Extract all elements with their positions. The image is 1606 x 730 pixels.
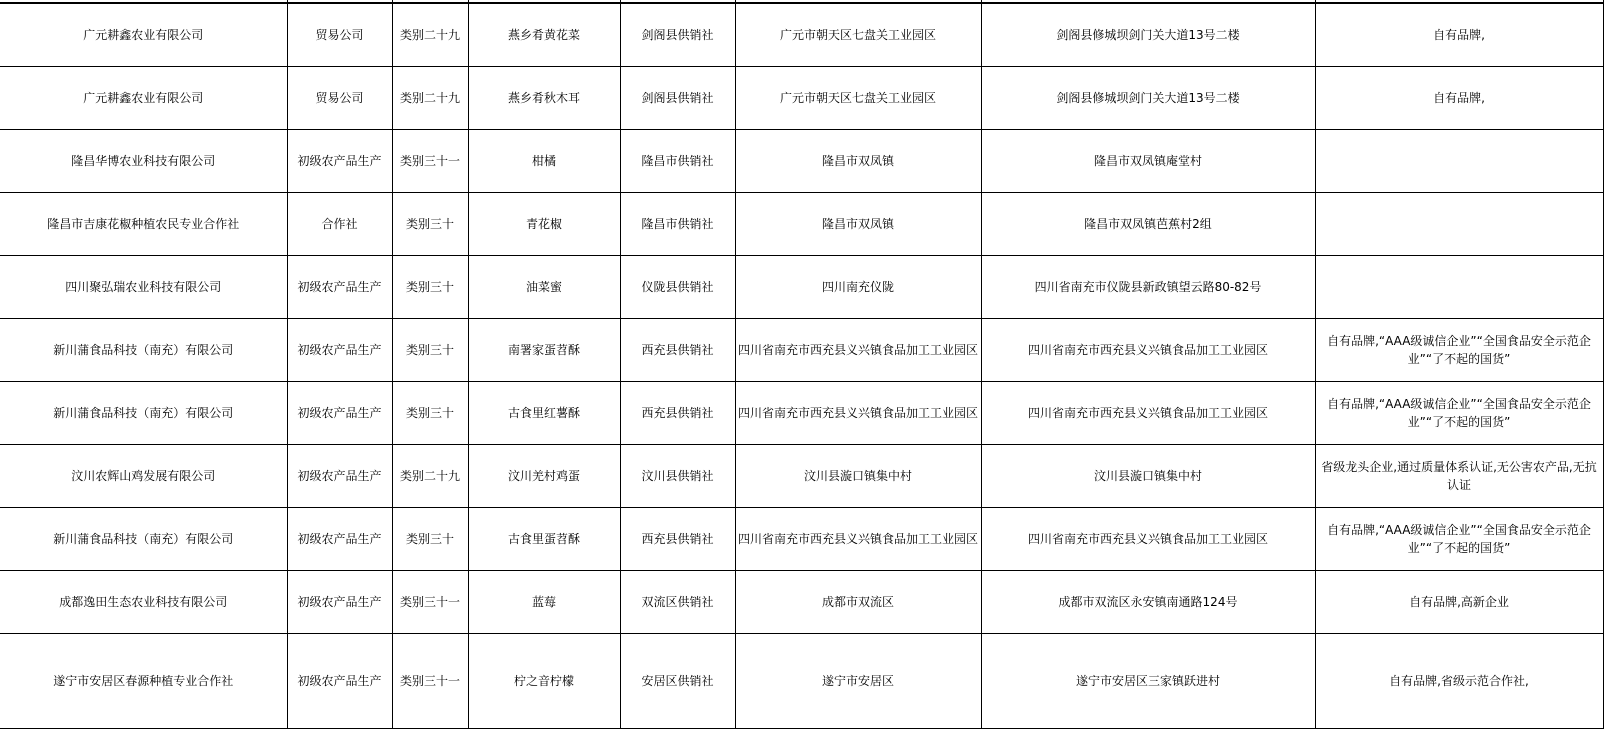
cell-brand: 自有品牌,“AAA级诚信企业”“全国食品安全示范企业”“了不起的国货” xyxy=(1315,318,1603,381)
cell-type: 初级农产品生产 xyxy=(287,129,392,192)
cell-address: 隆昌市双凤镇庵堂村 xyxy=(981,129,1315,192)
table-row: 成都逸田生态农业科技有限公司初级农产品生产类别三十一蓝莓双流区供销社成都市双流区… xyxy=(0,570,1603,633)
cell-brand: 自有品牌,省级示范合作社, xyxy=(1315,633,1603,728)
cell-region: 四川南充仪陇 xyxy=(735,255,981,318)
cell-product: 古食里红薯酥 xyxy=(468,381,620,444)
cell-address: 隆昌市双凤镇芭蕉村2组 xyxy=(981,192,1315,255)
cell-category: 类别三十 xyxy=(392,507,468,570)
table-row: 四川聚弘瑞农业科技有限公司初级农产品生产类别三十油菜蜜仪陇县供销社四川南充仪陇四… xyxy=(0,255,1603,318)
cell-category: 类别三十 xyxy=(392,381,468,444)
table-row: 新川蒲食品科技（南充）有限公司初级农产品生产类别三十古食里蛋苕酥西充县供销社四川… xyxy=(0,507,1603,570)
cell-type: 初级农产品生产 xyxy=(287,381,392,444)
cell-company: 广元耕鑫农业有限公司 xyxy=(0,66,287,129)
cell-region: 隆昌市双凤镇 xyxy=(735,192,981,255)
cell-address: 四川省南充市西充县义兴镇食品加工工业园区 xyxy=(981,318,1315,381)
cell-cooperative: 隆昌市供销社 xyxy=(620,192,735,255)
cell-product: 燕乡肴秋木耳 xyxy=(468,66,620,129)
cell-type: 合作社 xyxy=(287,192,392,255)
cell-company: 新川蒲食品科技（南充）有限公司 xyxy=(0,507,287,570)
cell-type: 初级农产品生产 xyxy=(287,255,392,318)
cell-category: 类别三十 xyxy=(392,192,468,255)
cell-brand: 自有品牌, xyxy=(1315,3,1603,66)
cell-type: 初级农产品生产 xyxy=(287,507,392,570)
cell-cooperative: 双流区供销社 xyxy=(620,570,735,633)
cell-category: 类别三十一 xyxy=(392,633,468,728)
cell-type: 初级农产品生产 xyxy=(287,633,392,728)
cell-address: 汶川县漩口镇集中村 xyxy=(981,444,1315,507)
table-row: 广元耕鑫农业有限公司贸易公司类别二十九燕乡肴秋木耳剑阁县供销社广元市朝天区七盘关… xyxy=(0,66,1603,129)
cell-address: 剑阁县修城坝剑门关大道13号二楼 xyxy=(981,3,1315,66)
cell-company: 广元耕鑫农业有限公司 xyxy=(0,3,287,66)
cell-product: 汶川羌村鸡蛋 xyxy=(468,444,620,507)
cell-type: 贸易公司 xyxy=(287,3,392,66)
cell-product: 南署家蛋苕酥 xyxy=(468,318,620,381)
cell-category: 类别三十 xyxy=(392,255,468,318)
cell-company: 新川蒲食品科技（南充）有限公司 xyxy=(0,318,287,381)
cell-company: 遂宁市安居区春源种植专业合作社 xyxy=(0,633,287,728)
cell-cooperative: 隆昌市供销社 xyxy=(620,129,735,192)
cell-product: 燕乡肴黄花菜 xyxy=(468,3,620,66)
cell-category: 类别三十一 xyxy=(392,129,468,192)
cell-type: 初级农产品生产 xyxy=(287,318,392,381)
table-row: 遂宁市安居区春源种植专业合作社初级农产品生产类别三十一柠之音柠檬安居区供销社遂宁… xyxy=(0,633,1603,728)
cell-product: 古食里蛋苕酥 xyxy=(468,507,620,570)
cell-cooperative: 剑阁县供销社 xyxy=(620,3,735,66)
cell-brand xyxy=(1315,192,1603,255)
supplier-products-table: 广元耕鑫农业有限公司贸易公司类别二十九燕乡肴黄花菜剑阁县供销社广元市朝天区七盘关… xyxy=(0,0,1604,729)
cell-address: 成都市双流区永安镇南通路124号 xyxy=(981,570,1315,633)
cell-cooperative: 西充县供销社 xyxy=(620,507,735,570)
cell-company: 汶川农辉山鸡发展有限公司 xyxy=(0,444,287,507)
cell-brand: 省级龙头企业,通过质量体系认证,无公害农产品,无抗认证 xyxy=(1315,444,1603,507)
table-row: 隆昌市吉康花椒种植农民专业合作社合作社类别三十青花椒隆昌市供销社隆昌市双凤镇隆昌… xyxy=(0,192,1603,255)
cell-address: 四川省南充市仪陇县新政镇望云路80-82号 xyxy=(981,255,1315,318)
table-body: 广元耕鑫农业有限公司贸易公司类别二十九燕乡肴黄花菜剑阁县供销社广元市朝天区七盘关… xyxy=(0,0,1603,728)
cell-cooperative: 安居区供销社 xyxy=(620,633,735,728)
cell-cooperative: 西充县供销社 xyxy=(620,318,735,381)
cell-brand: 自有品牌,“AAA级诚信企业”“全国食品安全示范企业”“了不起的国货” xyxy=(1315,507,1603,570)
cell-company: 四川聚弘瑞农业科技有限公司 xyxy=(0,255,287,318)
cell-address: 四川省南充市西充县义兴镇食品加工工业园区 xyxy=(981,507,1315,570)
cell-company: 成都逸田生态农业科技有限公司 xyxy=(0,570,287,633)
cell-type: 初级农产品生产 xyxy=(287,570,392,633)
cell-category: 类别二十九 xyxy=(392,3,468,66)
cell-region: 广元市朝天区七盘关工业园区 xyxy=(735,66,981,129)
cell-region: 四川省南充市西充县义兴镇食品加工工业园区 xyxy=(735,381,981,444)
cell-type: 贸易公司 xyxy=(287,66,392,129)
cell-company: 新川蒲食品科技（南充）有限公司 xyxy=(0,381,287,444)
cell-category: 类别二十九 xyxy=(392,444,468,507)
cell-region: 遂宁市安居区 xyxy=(735,633,981,728)
cell-region: 汶川县漩口镇集中村 xyxy=(735,444,981,507)
cell-brand: 自有品牌, xyxy=(1315,66,1603,129)
cell-cooperative: 剑阁县供销社 xyxy=(620,66,735,129)
cell-product: 油菜蜜 xyxy=(468,255,620,318)
cell-product: 蓝莓 xyxy=(468,570,620,633)
cell-product: 柑橘 xyxy=(468,129,620,192)
cell-category: 类别三十 xyxy=(392,318,468,381)
table-row: 新川蒲食品科技（南充）有限公司初级农产品生产类别三十南署家蛋苕酥西充县供销社四川… xyxy=(0,318,1603,381)
cell-cooperative: 西充县供销社 xyxy=(620,381,735,444)
cell-brand xyxy=(1315,129,1603,192)
cell-brand: 自有品牌,高新企业 xyxy=(1315,570,1603,633)
cell-cooperative: 汶川县供销社 xyxy=(620,444,735,507)
cell-type: 初级农产品生产 xyxy=(287,444,392,507)
document-view: 广元耕鑫农业有限公司贸易公司类别二十九燕乡肴黄花菜剑阁县供销社广元市朝天区七盘关… xyxy=(0,0,1606,730)
cell-brand xyxy=(1315,255,1603,318)
cell-address: 剑阁县修城坝剑门关大道13号二楼 xyxy=(981,66,1315,129)
cell-company: 隆昌市吉康花椒种植农民专业合作社 xyxy=(0,192,287,255)
cell-category: 类别二十九 xyxy=(392,66,468,129)
cell-company: 隆昌华博农业科技有限公司 xyxy=(0,129,287,192)
cell-region: 隆昌市双凤镇 xyxy=(735,129,981,192)
cell-cooperative: 仪陇县供销社 xyxy=(620,255,735,318)
cell-region: 四川省南充市西充县义兴镇食品加工工业园区 xyxy=(735,507,981,570)
cell-address: 遂宁市安居区三家镇跃进村 xyxy=(981,633,1315,728)
cell-product: 柠之音柠檬 xyxy=(468,633,620,728)
cell-address: 四川省南充市西充县义兴镇食品加工工业园区 xyxy=(981,381,1315,444)
cell-category: 类别三十一 xyxy=(392,570,468,633)
cell-region: 成都市双流区 xyxy=(735,570,981,633)
cell-brand: 自有品牌,“AAA级诚信企业”“全国食品安全示范企业”“了不起的国货” xyxy=(1315,381,1603,444)
cell-region: 广元市朝天区七盘关工业园区 xyxy=(735,3,981,66)
table-row: 隆昌华博农业科技有限公司初级农产品生产类别三十一柑橘隆昌市供销社隆昌市双凤镇隆昌… xyxy=(0,129,1603,192)
table-row: 汶川农辉山鸡发展有限公司初级农产品生产类别二十九汶川羌村鸡蛋汶川县供销社汶川县漩… xyxy=(0,444,1603,507)
table-row: 广元耕鑫农业有限公司贸易公司类别二十九燕乡肴黄花菜剑阁县供销社广元市朝天区七盘关… xyxy=(0,3,1603,66)
table-row: 新川蒲食品科技（南充）有限公司初级农产品生产类别三十古食里红薯酥西充县供销社四川… xyxy=(0,381,1603,444)
cell-region: 四川省南充市西充县义兴镇食品加工工业园区 xyxy=(735,318,981,381)
cell-product: 青花椒 xyxy=(468,192,620,255)
